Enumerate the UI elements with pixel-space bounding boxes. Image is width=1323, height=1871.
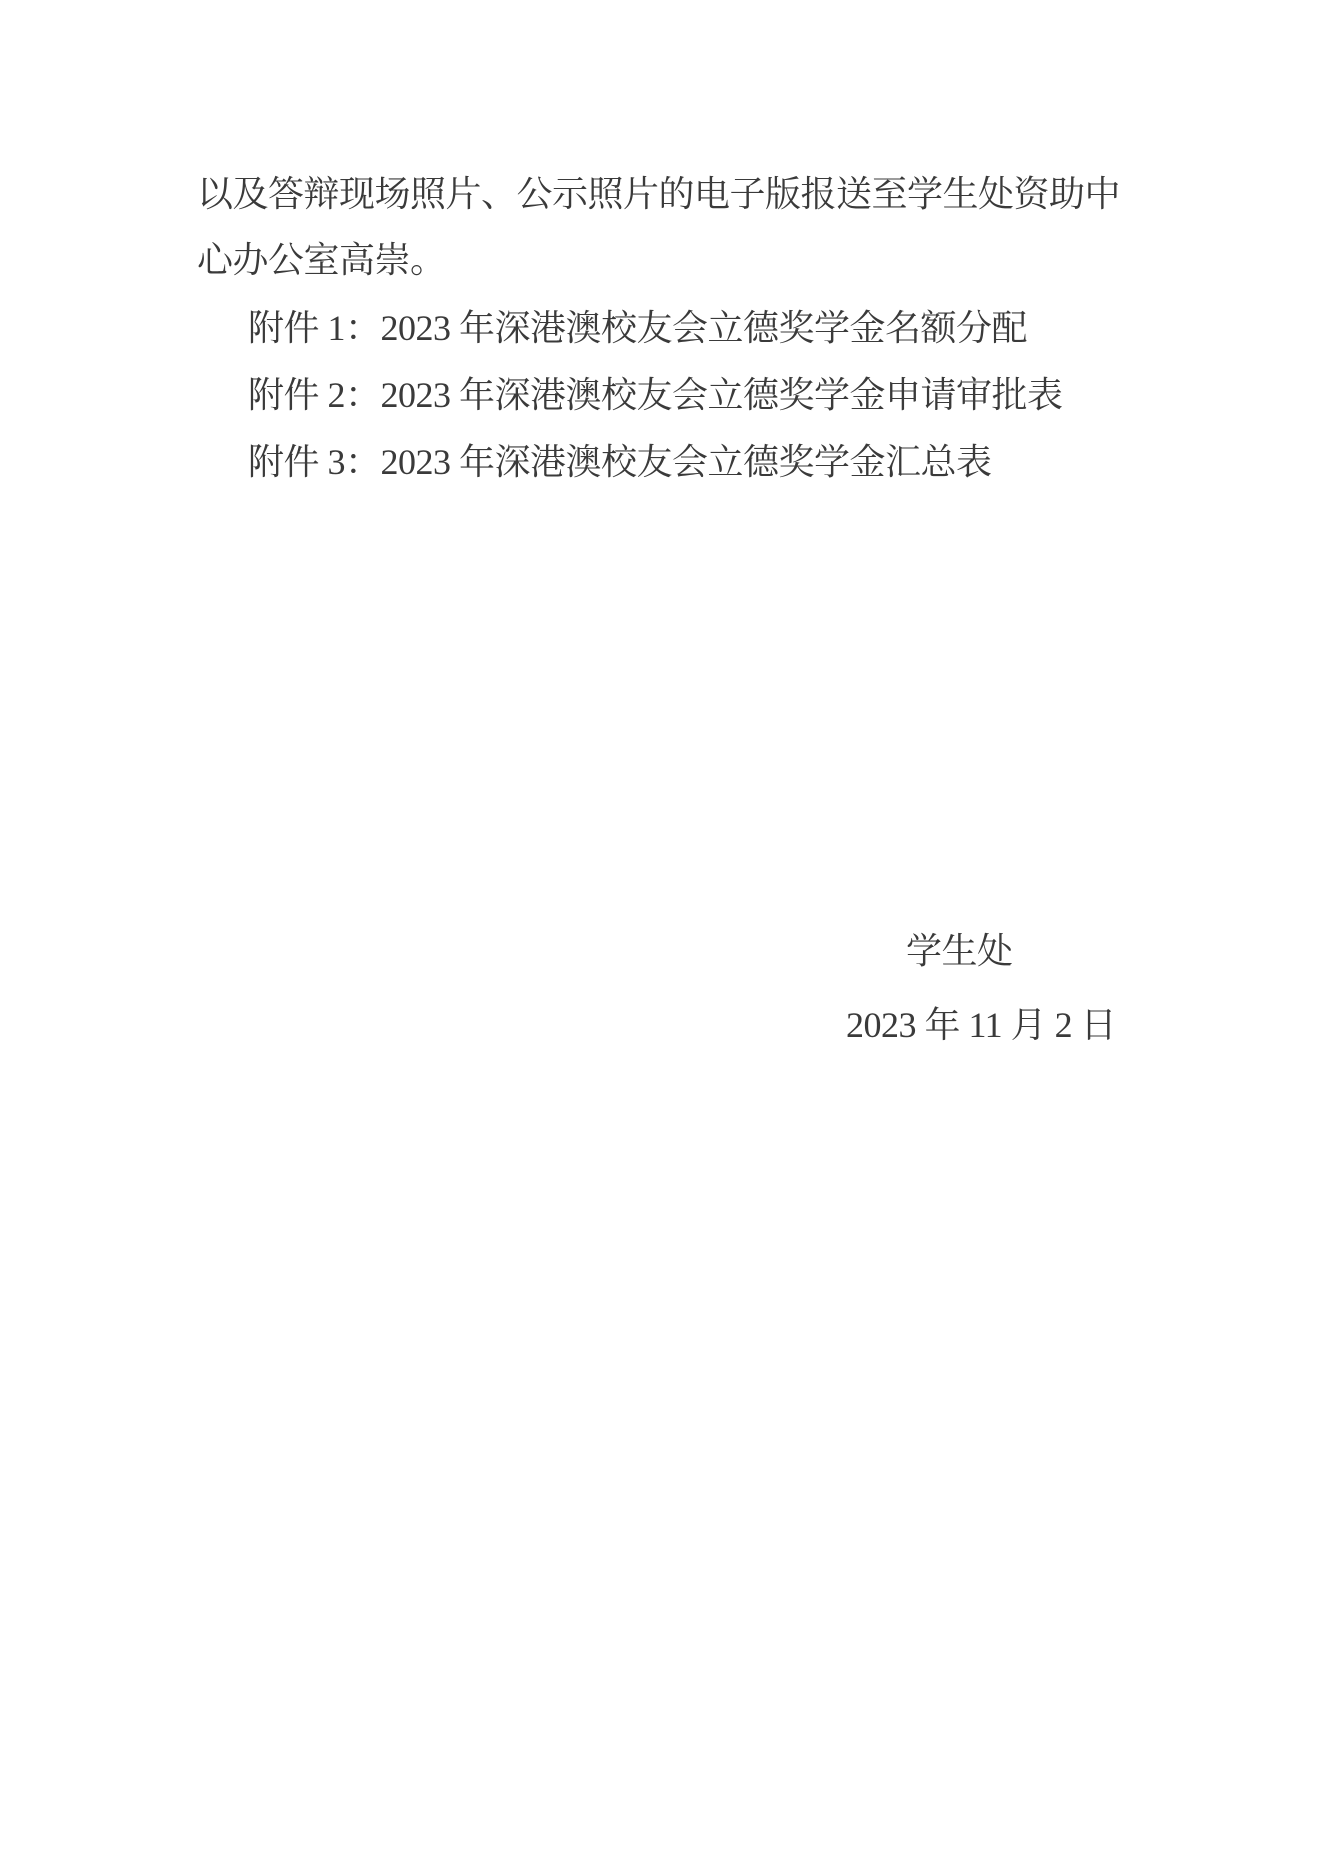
attachment-line-3: 附件 3：2023 年深港澳校友会立德奖学金汇总表 xyxy=(248,442,992,483)
signature-department: 学生处 xyxy=(906,931,1013,972)
attachment-line-1: 附件 1：2023 年深港澳校友会立德奖学金名额分配 xyxy=(248,308,1027,349)
body-paragraph-line: 以及答辩现场照片、公示照片的电子版报送至学生处资助中 xyxy=(197,174,1120,215)
signature-date: 2023 年 11 月 2 日 xyxy=(846,1005,1116,1046)
document-page: 以及答辩现场照片、公示照片的电子版报送至学生处资助中 心办公室高崇。 附件 1：… xyxy=(0,0,1323,1871)
attachment-line-2: 附件 2：2023 年深港澳校友会立德奖学金申请审批表 xyxy=(248,375,1063,416)
body-paragraph-line: 心办公室高崇。 xyxy=(197,240,446,281)
